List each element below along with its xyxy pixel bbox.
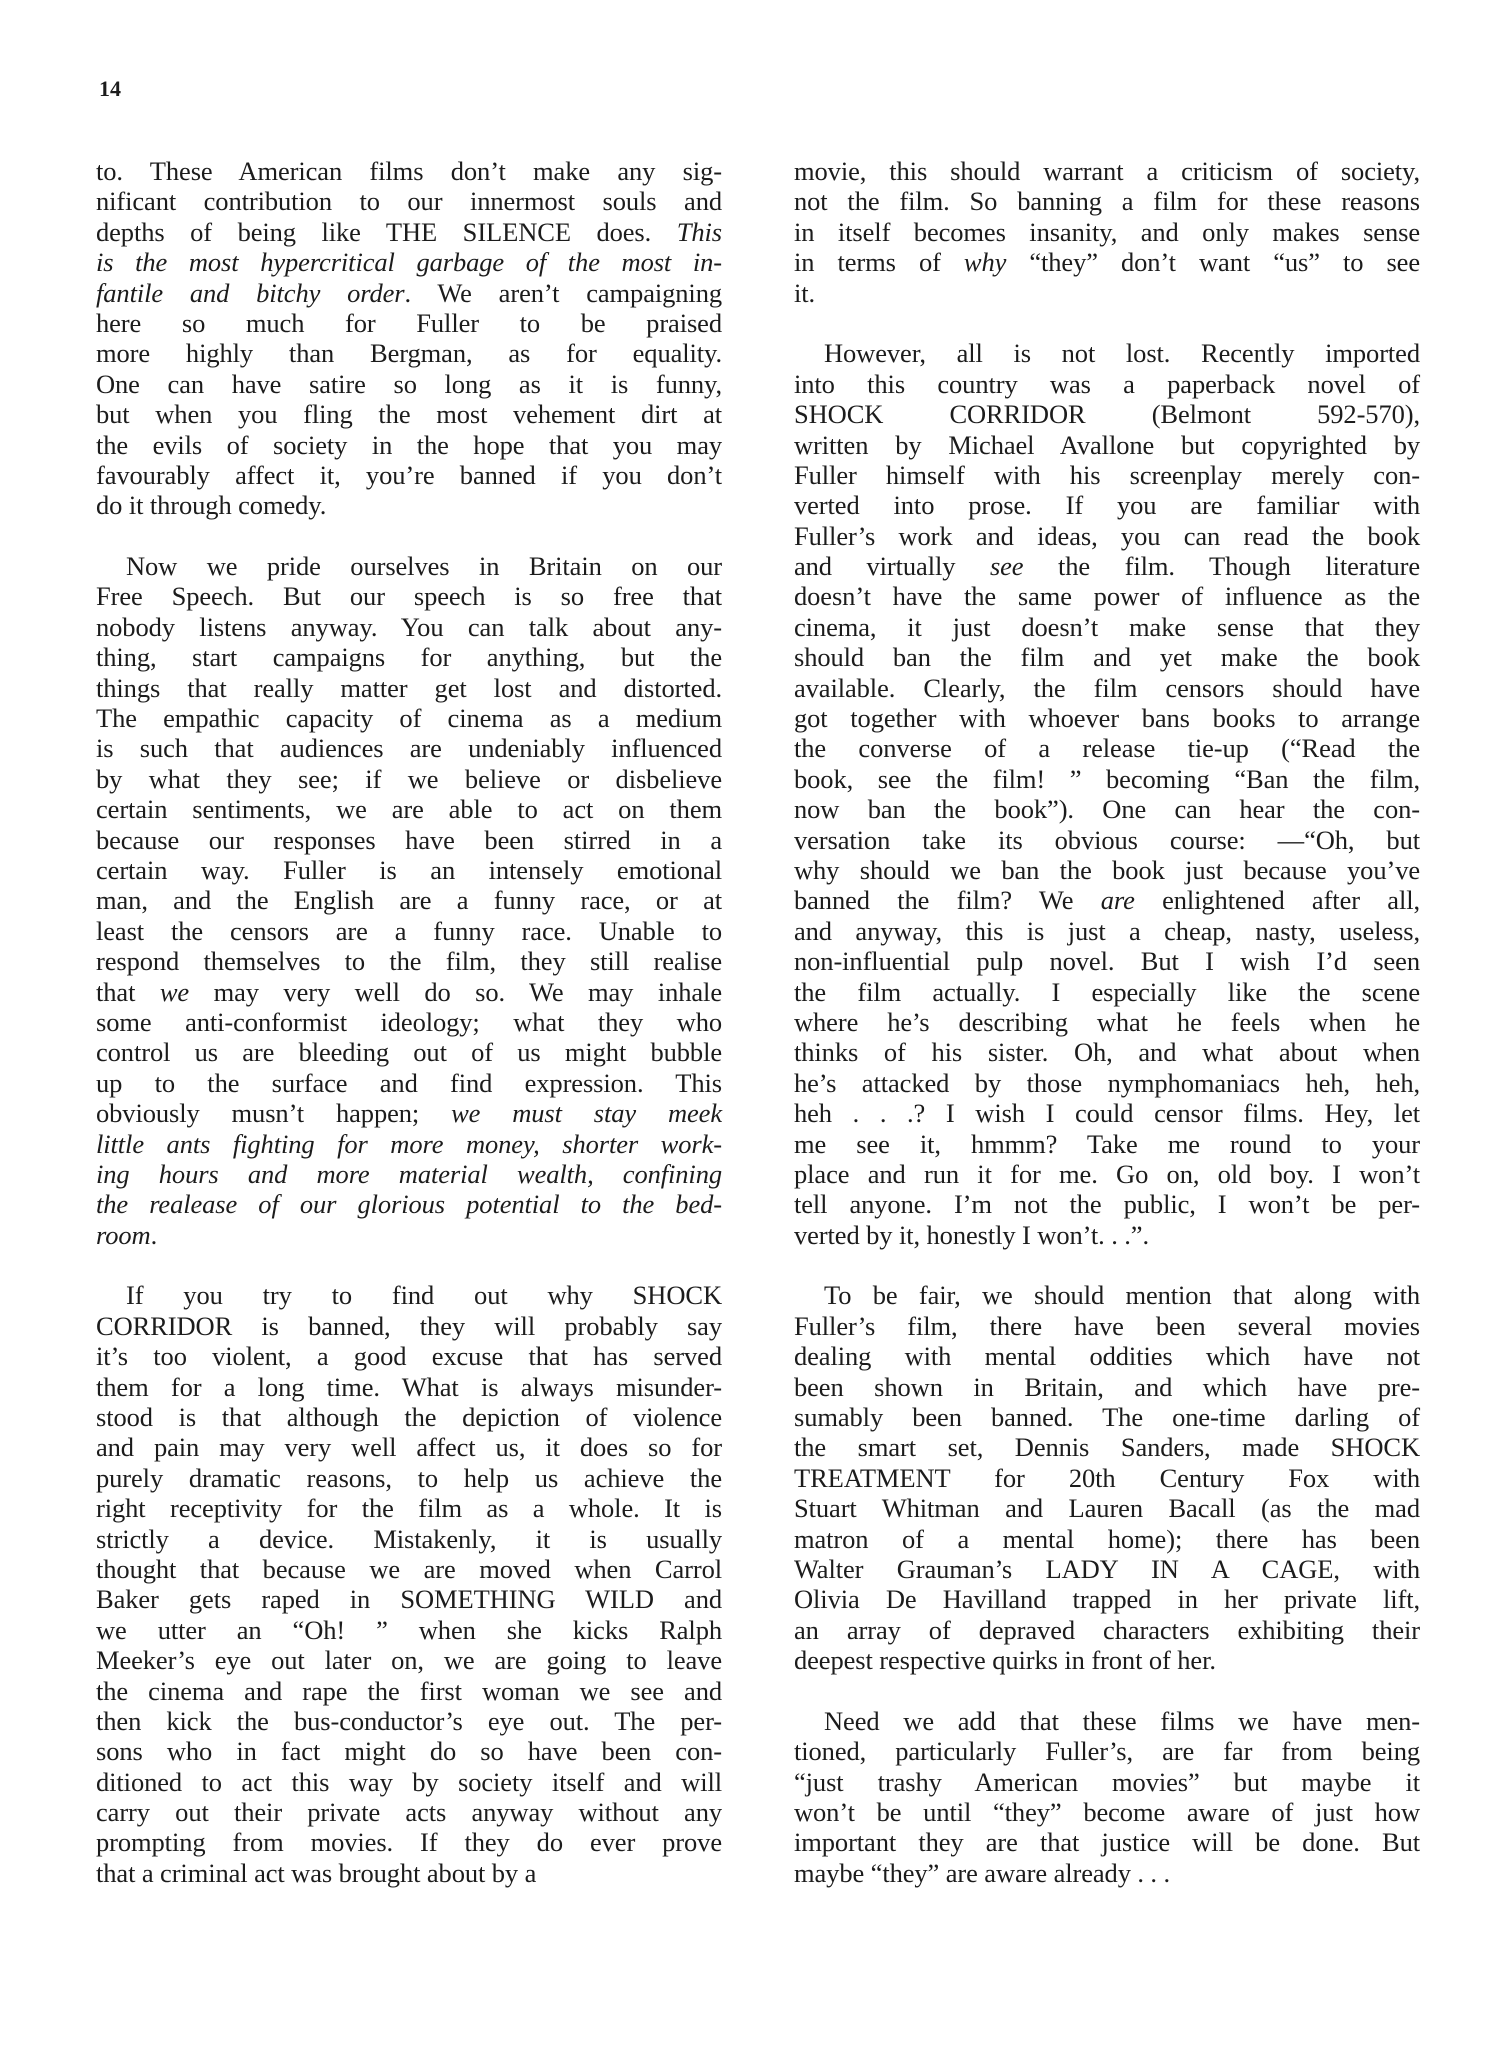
text-line: deepest respective quirks in front of he… <box>794 1645 1420 1675</box>
text-run: Fuller’s film, there have been several m… <box>794 1311 1420 1341</box>
text-run: stood is that although the depiction of … <box>96 1402 722 1432</box>
text-run: do it through comedy. <box>96 490 326 520</box>
text-line: Olivia De Havilland trapped in her priva… <box>794 1584 1420 1614</box>
text-line: prompting from movies. If they do ever p… <box>96 1827 722 1857</box>
text-run: then kick the bus-conductor’s eye out. T… <box>96 1706 722 1736</box>
text-run: that <box>96 977 160 1007</box>
text-line: then kick the bus-conductor’s eye out. T… <box>96 1706 722 1736</box>
text-run: Olivia De Havilland trapped in her priva… <box>794 1584 1420 1614</box>
text-run: non-influential pulp novel. But I wish I… <box>794 946 1420 976</box>
text-run: least the censors are a funny race. Unab… <box>96 916 722 946</box>
text-line: the evils of society in the hope that yo… <box>96 430 722 460</box>
text-run: matron of a mental home); there has been <box>794 1524 1420 1554</box>
text-line: Stuart Whitman and Lauren Bacall (as the… <box>794 1493 1420 1523</box>
text-line: maybe “they” are aware already . . . <box>794 1858 1420 1888</box>
left-column: to. These American films don’t make any … <box>96 156 722 1888</box>
text-run: “they” don’t want “us” to see <box>1006 247 1420 277</box>
text-line: should ban the film and yet make the boo… <box>794 642 1420 672</box>
text-line: and virtually see the film. Though liter… <box>794 551 1420 581</box>
italic-text: ing hours and more material wealth, conf… <box>96 1159 722 1189</box>
text-run: obviously musn’t happen; <box>96 1098 451 1128</box>
text-line: Baker gets raped in SOMETHING WILD and <box>96 1584 722 1614</box>
text-run: cinema, it just doesn’t make sense that … <box>794 612 1420 642</box>
text-line: thought that because we are moved when C… <box>96 1554 722 1584</box>
text-line: here so much for Fuller to be praised <box>96 308 722 338</box>
italic-text: fantile and bitchy order <box>96 278 405 308</box>
italic-text: we <box>160 977 189 1007</box>
text-line: thinks of his sister. Oh, and what about… <box>794 1037 1420 1067</box>
text-run: available. Clearly, the film censors sho… <box>794 673 1420 703</box>
text-run: Now we pride ourselves in Britain on our <box>126 551 722 581</box>
text-run: the film actually. I especially like the… <box>794 977 1420 1007</box>
text-line: where he’s describing what he feels when… <box>794 1007 1420 1037</box>
text-run: Free Speech. But our speech is so free t… <box>96 581 722 611</box>
page-number: 14 <box>99 76 121 102</box>
text-run: ditioned to act this way by society itse… <box>96 1767 722 1797</box>
text-line: them for a long time. What is always mis… <box>96 1372 722 1402</box>
text-run: and pain may very well affect us, it doe… <box>96 1432 722 1462</box>
text-line: it. <box>794 278 1420 308</box>
text-run: them for a long time. What is always mis… <box>96 1372 722 1402</box>
text-line: strictly a device. Mistakenly, it is usu… <box>96 1524 722 1554</box>
text-run: man, and the English are a funny race, o… <box>96 885 722 915</box>
article-paragraph: Need we add that these films we have men… <box>794 1706 1420 1888</box>
text-line: versation take its obvious course: —“Oh,… <box>794 825 1420 855</box>
text-line: verted by it, honestly I won’t. . .”. <box>794 1220 1420 1250</box>
text-run: Baker gets raped in SOMETHING WILD and <box>96 1584 722 1614</box>
text-run: in terms of <box>794 247 964 277</box>
text-run: the film. Though literature <box>1023 551 1420 581</box>
text-line: However, all is not lost. Recently impor… <box>794 338 1420 368</box>
text-run: SHOCK CORRIDOR (Belmont 592-570), <box>794 399 1420 429</box>
text-run: me see it, hmmm? Take me round to your <box>794 1129 1420 1159</box>
text-run: favourably affect it, you’re banned if y… <box>96 460 722 490</box>
text-line: “just trashy American movies” but maybe … <box>794 1767 1420 1797</box>
text-line: he’s attacked by those nymphomaniacs heh… <box>794 1068 1420 1098</box>
text-line: place and run it for me. Go on, old boy.… <box>794 1159 1420 1189</box>
text-line: important they are that justice will be … <box>794 1827 1420 1857</box>
text-line: movie, this should warrant a criticism o… <box>794 156 1420 186</box>
text-run: sumably been banned. The one-time darlin… <box>794 1402 1420 1432</box>
article-paragraph: However, all is not lost. Recently impor… <box>794 338 1420 1250</box>
text-line: Free Speech. But our speech is so free t… <box>96 581 722 611</box>
text-run: may very well do so. We may inhale <box>189 977 722 1007</box>
text-line: Fuller’s film, there have been several m… <box>794 1311 1420 1341</box>
text-line: depths of being like THE SILENCE does. T… <box>96 217 722 247</box>
text-run: the evils of society in the hope that yo… <box>96 430 722 460</box>
text-line: certain way. Fuller is an intensely emot… <box>96 855 722 885</box>
text-line: written by Michael Avallone but copyrigh… <box>794 430 1420 460</box>
text-line: an array of depraved characters exhibiti… <box>794 1615 1420 1645</box>
text-line: least the censors are a funny race. Unab… <box>96 916 722 946</box>
text-run: tioned, particularly Fuller’s, are far f… <box>794 1736 1420 1766</box>
text-line: If you try to find out why SHOCK <box>96 1280 722 1310</box>
text-run: it’s too violent, a good excuse that has… <box>96 1341 722 1371</box>
italic-text: why <box>964 247 1006 277</box>
article-paragraph: If you try to find out why SHOCKCORRIDOR… <box>96 1280 722 1888</box>
text-run: here so much for Fuller to be praised <box>96 308 722 338</box>
text-line: tell anyone. I’m not the public, I won’t… <box>794 1189 1420 1219</box>
text-line: available. Clearly, the film censors sho… <box>794 673 1420 703</box>
text-line: carry out their private acts anyway with… <box>96 1797 722 1827</box>
italic-text: are <box>1101 885 1135 915</box>
text-line: why should we ban the book just because … <box>794 855 1420 885</box>
text-line: verted into prose. If you are familiar w… <box>794 490 1420 520</box>
text-line: control us are bleeding out of us might … <box>96 1037 722 1067</box>
text-line: To be fair, we should mention that along… <box>794 1280 1420 1310</box>
text-run: One can have satire so long as it is fun… <box>96 369 722 399</box>
text-run: certain sentiments, we are able to act o… <box>96 794 722 824</box>
text-line: ing hours and more material wealth, conf… <box>96 1159 722 1189</box>
text-run: important they are that justice will be … <box>794 1827 1420 1857</box>
text-line: Fuller’s work and ideas, you can read th… <box>794 521 1420 551</box>
text-run: purely dramatic reasons, to help us achi… <box>96 1463 722 1493</box>
text-run: nobody listens anyway. You can talk abou… <box>96 612 722 642</box>
text-run: If you try to find out why SHOCK <box>126 1280 722 1310</box>
text-run: The empathic capacity of cinema as a med… <box>96 703 722 733</box>
text-line: the converse of a release tie-up (“Read … <box>794 733 1420 763</box>
text-line: won’t be until “they” become aware of ju… <box>794 1797 1420 1827</box>
text-line: favourably affect it, you’re banned if y… <box>96 460 722 490</box>
text-line: we utter an “Oh! ” when she kicks Ralph <box>96 1615 722 1645</box>
text-run: some anti-conformist ideology; what they… <box>96 1007 722 1037</box>
text-run: Walter Grauman’s LADY IN A CAGE, with <box>794 1554 1420 1584</box>
text-run: versation take its obvious course: —“Oh,… <box>794 825 1420 855</box>
article-paragraph: movie, this should warrant a criticism o… <box>794 156 1420 308</box>
text-run: by what they see; if we believe or disbe… <box>96 764 722 794</box>
text-line: in terms of why “they” don’t want “us” t… <box>794 247 1420 277</box>
text-run: To be fair, we should mention that along… <box>824 1280 1420 1310</box>
text-run: we utter an “Oh! ” when she kicks Ralph <box>96 1615 722 1645</box>
article-paragraph: Now we pride ourselves in Britain on our… <box>96 551 722 1250</box>
text-line: the realease of our glorious potential t… <box>96 1189 722 1219</box>
text-line: more highly than Bergman, as for equalit… <box>96 338 722 368</box>
text-run: written by Michael Avallone but copyrigh… <box>794 430 1420 460</box>
text-run: he’s attacked by those nymphomaniacs heh… <box>794 1068 1420 1098</box>
text-line: dealing with mental oddities which have … <box>794 1341 1420 1371</box>
article-paragraph: To be fair, we should mention that along… <box>794 1280 1420 1675</box>
text-line: that a criminal act was brought about by… <box>96 1858 722 1888</box>
text-run: thing, start campaigns for anything, but… <box>96 642 722 672</box>
text-run: that a criminal act was brought about by… <box>96 1858 536 1888</box>
text-line: in itself becomes insanity, and only mak… <box>794 217 1420 247</box>
text-line: Now we pride ourselves in Britain on our <box>96 551 722 581</box>
text-run: movie, this should warrant a criticism o… <box>794 156 1420 186</box>
text-run: thought that because we are moved when C… <box>96 1554 722 1584</box>
text-run: things that really matter get lost and d… <box>96 673 722 703</box>
text-run: TREATMENT for 20th Century Fox with <box>794 1463 1420 1493</box>
text-run: dealing with mental oddities which have … <box>794 1341 1420 1371</box>
text-run: “just trashy American movies” but maybe … <box>794 1767 1420 1797</box>
text-line: Meeker’s eye out later on, we are going … <box>96 1645 722 1675</box>
text-run: not the film. So banning a film for thes… <box>794 186 1420 216</box>
text-line: sumably been banned. The one-time darlin… <box>794 1402 1420 1432</box>
text-run: maybe “they” are aware already . . . <box>794 1858 1170 1888</box>
text-line: CORRIDOR is banned, they will probably s… <box>96 1311 722 1341</box>
text-line: right receptivity for the film as a whol… <box>96 1493 722 1523</box>
text-run: should ban the film and yet make the boo… <box>794 642 1420 672</box>
article-paragraph: to. These American films don’t make any … <box>96 156 722 521</box>
text-run: more highly than Bergman, as for equalit… <box>96 338 722 368</box>
text-run: depths of being like THE SILENCE does. <box>96 217 677 247</box>
text-line: into this country was a paperback novel … <box>794 369 1420 399</box>
text-line: it’s too violent, a good excuse that has… <box>96 1341 722 1371</box>
text-line: The empathic capacity of cinema as a med… <box>96 703 722 733</box>
text-run: Need we add that these films we have men… <box>824 1706 1420 1736</box>
text-run: to. These American films don’t make any … <box>96 156 722 186</box>
text-line: banned the film? We are enlightened afte… <box>794 885 1420 915</box>
text-line: the smart set, Dennis Sanders, made SHOC… <box>794 1432 1420 1462</box>
text-run: enlightened after all, <box>1135 885 1420 915</box>
text-line: but when you fling the most vehement dir… <box>96 399 722 429</box>
text-line: certain sentiments, we are able to act o… <box>96 794 722 824</box>
text-run: Meeker’s eye out later on, we are going … <box>96 1645 722 1675</box>
text-run: control us are bleeding out of us might … <box>96 1037 722 1067</box>
text-line: nificant contribution to our innermost s… <box>96 186 722 216</box>
text-run: strictly a device. Mistakenly, it is usu… <box>96 1524 722 1554</box>
text-run: prompting from movies. If they do ever p… <box>96 1827 722 1857</box>
text-run: carry out their private acts anyway with… <box>96 1797 722 1827</box>
text-line: stood is that although the depiction of … <box>96 1402 722 1432</box>
text-line: now ban the book”). One can hear the con… <box>794 794 1420 824</box>
text-line: Need we add that these films we have men… <box>794 1706 1420 1736</box>
text-run: won’t be until “they” become aware of ju… <box>794 1797 1420 1827</box>
text-run: nificant contribution to our innermost s… <box>96 186 722 216</box>
text-line: fantile and bitchy order. We aren’t camp… <box>96 278 722 308</box>
text-line: and anyway, this is just a cheap, nasty,… <box>794 916 1420 946</box>
text-run: heh . . .? I wish I could censor films. … <box>794 1098 1420 1128</box>
text-line: nobody listens anyway. You can talk abou… <box>96 612 722 642</box>
text-run: up to the surface and find expression. T… <box>96 1068 722 1098</box>
text-run: place and run it for me. Go on, old boy.… <box>794 1159 1420 1189</box>
text-line: little ants fighting for more money, sho… <box>96 1129 722 1159</box>
text-run: . <box>151 1220 158 1250</box>
text-line: things that really matter get lost and d… <box>96 673 722 703</box>
text-line: respond themselves to the film, they sti… <box>96 946 722 976</box>
text-line: Walter Grauman’s LADY IN A CAGE, with <box>794 1554 1420 1584</box>
text-line: been shown in Britain, and which have pr… <box>794 1372 1420 1402</box>
text-run: into this country was a paperback novel … <box>794 369 1420 399</box>
text-line: by what they see; if we believe or disbe… <box>96 764 722 794</box>
text-line: book, see the film! ” becoming “Ban the … <box>794 764 1420 794</box>
text-line: tioned, particularly Fuller’s, are far f… <box>794 1736 1420 1766</box>
text-line: up to the surface and find expression. T… <box>96 1068 722 1098</box>
text-line: because our responses have been stirred … <box>96 825 722 855</box>
text-line: cinema, it just doesn’t make sense that … <box>794 612 1420 642</box>
text-line: some anti-conformist ideology; what they… <box>96 1007 722 1037</box>
text-run: the converse of a release tie-up (“Read … <box>794 733 1420 763</box>
italic-text: little ants fighting for more money, sho… <box>96 1129 722 1159</box>
text-line: is such that audiences are undeniably in… <box>96 733 722 763</box>
text-line: to. These American films don’t make any … <box>96 156 722 186</box>
text-run: now ban the book”). One can hear the con… <box>794 794 1420 824</box>
text-run: but when you fling the most vehement dir… <box>96 399 722 429</box>
text-line: the cinema and rape the first woman we s… <box>96 1676 722 1706</box>
text-run: deepest respective quirks in front of he… <box>794 1645 1216 1675</box>
text-run: verted into prose. If you are familiar w… <box>794 490 1420 520</box>
text-run: CORRIDOR is banned, they will probably s… <box>96 1311 722 1341</box>
text-line: not the film. So banning a film for thes… <box>794 186 1420 216</box>
text-run: respond themselves to the film, they sti… <box>96 946 722 976</box>
text-run: . We aren’t campaigning <box>405 278 722 308</box>
italic-text: we must stay meek <box>451 1098 722 1128</box>
text-run: Stuart Whitman and Lauren Bacall (as the… <box>794 1493 1420 1523</box>
text-line: non-influential pulp novel. But I wish I… <box>794 946 1420 976</box>
text-run: it. <box>794 278 815 308</box>
italic-text: see <box>990 551 1024 581</box>
right-column: movie, this should warrant a criticism o… <box>794 156 1420 1888</box>
text-run: verted by it, honestly I won’t. . .”. <box>794 1220 1149 1250</box>
text-run: where he’s describing what he feels when… <box>794 1007 1420 1037</box>
italic-text: This <box>677 217 722 247</box>
italic-text: room <box>96 1220 151 1250</box>
text-line: matron of a mental home); there has been <box>794 1524 1420 1554</box>
text-line: room. <box>96 1220 722 1250</box>
text-line: purely dramatic reasons, to help us achi… <box>96 1463 722 1493</box>
text-run: got together with whoever bans books to … <box>794 703 1420 733</box>
italic-text: is the most hypercritical garbage of the… <box>96 247 722 277</box>
text-run: Fuller himself with his screenplay merel… <box>794 460 1420 490</box>
text-run: an array of depraved characters exhibiti… <box>794 1615 1420 1645</box>
text-run: because our responses have been stirred … <box>96 825 722 855</box>
text-run: in itself becomes insanity, and only mak… <box>794 217 1420 247</box>
text-run: doesn’t have the same power of influence… <box>794 581 1420 611</box>
text-line: man, and the English are a funny race, o… <box>96 885 722 915</box>
text-run: and virtually <box>794 551 990 581</box>
text-line: ditioned to act this way by society itse… <box>96 1767 722 1797</box>
text-run: thinks of his sister. Oh, and what about… <box>794 1037 1420 1067</box>
text-line: sons who in fact might do so have been c… <box>96 1736 722 1766</box>
text-line: do it through comedy. <box>96 490 722 520</box>
text-run: right receptivity for the film as a whol… <box>96 1493 722 1523</box>
text-line: doesn’t have the same power of influence… <box>794 581 1420 611</box>
text-line: the film actually. I especially like the… <box>794 977 1420 1007</box>
text-run: the smart set, Dennis Sanders, made SHOC… <box>794 1432 1420 1462</box>
text-run: been shown in Britain, and which have pr… <box>794 1372 1420 1402</box>
text-line: me see it, hmmm? Take me round to your <box>794 1129 1420 1159</box>
text-line: is the most hypercritical garbage of the… <box>96 247 722 277</box>
text-line: SHOCK CORRIDOR (Belmont 592-570), <box>794 399 1420 429</box>
text-line: heh . . .? I wish I could censor films. … <box>794 1098 1420 1128</box>
text-run: book, see the film! ” becoming “Ban the … <box>794 764 1420 794</box>
text-line: Fuller himself with his screenplay merel… <box>794 460 1420 490</box>
text-run: tell anyone. I’m not the public, I won’t… <box>794 1189 1420 1219</box>
text-run: certain way. Fuller is an intensely emot… <box>96 855 722 885</box>
text-run: sons who in fact might do so have been c… <box>96 1736 722 1766</box>
text-run: and anyway, this is just a cheap, nasty,… <box>794 916 1420 946</box>
text-run: However, all is not lost. Recently impor… <box>824 338 1420 368</box>
text-run: is such that audiences are undeniably in… <box>96 733 722 763</box>
text-run: why should we ban the book just because … <box>794 855 1420 885</box>
italic-text: the realease of our glorious potential t… <box>96 1189 722 1219</box>
text-line: One can have satire so long as it is fun… <box>96 369 722 399</box>
text-run: banned the film? We <box>794 885 1101 915</box>
text-run: the cinema and rape the first woman we s… <box>96 1676 722 1706</box>
text-line: obviously musn’t happen; we must stay me… <box>96 1098 722 1128</box>
text-run: Fuller’s work and ideas, you can read th… <box>794 521 1420 551</box>
text-line: thing, start campaigns for anything, but… <box>96 642 722 672</box>
text-line: TREATMENT for 20th Century Fox with <box>794 1463 1420 1493</box>
text-line: that we may very well do so. We may inha… <box>96 977 722 1007</box>
text-line: and pain may very well affect us, it doe… <box>96 1432 722 1462</box>
text-line: got together with whoever bans books to … <box>794 703 1420 733</box>
